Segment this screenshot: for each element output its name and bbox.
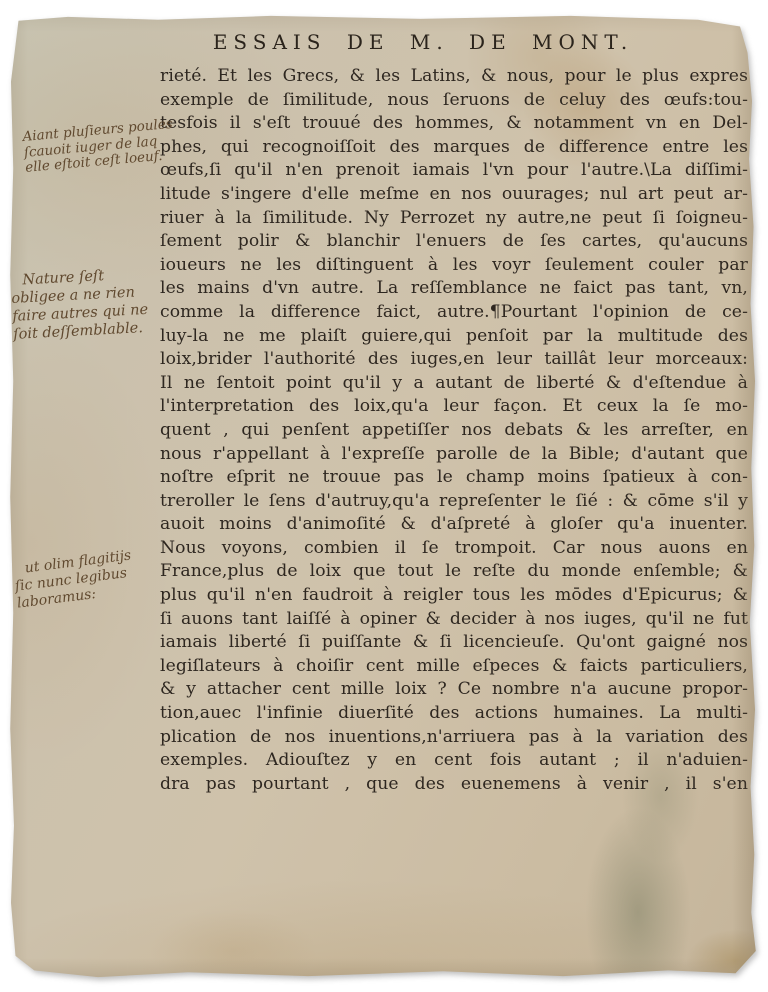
printed-text-line: les mains d'vn autre. La reſſemblance ne… [160,278,748,302]
printed-text-line: ſement polir & blanchir l'enuers de ſes … [160,231,748,255]
photo-background: ESSAIS DE M. DE MONT. rieté. Et les Grec… [0,0,768,992]
printed-text-line: exemples. Adiouſtez y en cent fois autan… [160,750,748,774]
printed-text-line: Il ne ſentoit point qu'il y a autant de … [160,373,748,397]
printed-text-line: tesfois il s'eſt trouué des hommes, & no… [160,113,748,137]
marginalia-note-nature: Nature ſeſtobligee a ne rienfaire autres… [10,264,174,344]
printed-text-line: legiſlateurs à choiſir cent mille eſpece… [160,656,748,680]
printed-text-block: rieté. Et les Grecs, & les Latins, & nou… [160,66,748,797]
printed-text-line: riuer à la ſimilitude. Ny Perrozet ny au… [160,208,748,232]
printed-text-line: ioueurs ne les diſtinguent à les voyr ſe… [160,255,748,279]
book-page: ESSAIS DE M. DE MONT. rieté. Et les Grec… [8,14,758,980]
printed-text-line: Nous voyons, combien il ſe trompoit. Car… [160,538,748,562]
printed-text-line: œufs,ſi qu'il n'en prenoit iamais l'vn p… [160,160,748,184]
printed-text-line: l'interpretation des loix,qu'a leur faço… [160,396,748,420]
printed-text-line: comme la difference faict, autre.¶Pourta… [160,302,748,326]
printed-text-line: loix,brider l'authorité des iuges,en leu… [160,349,748,373]
printed-text-line: plication de nos inuentions,n'arriuera p… [160,727,748,751]
printed-text-line: plus qu'il n'en faudroit à reigler tous … [160,585,748,609]
printed-text-line: France,plus de loix que tout le reſte du… [160,561,748,585]
printed-text-line: dra pas pourtant , que des euenemens à v… [160,774,748,798]
running-header: ESSAIS DE M. DE MONT. [158,30,743,54]
printed-text-line: noſtre eſprit ne trouue pas le champ moi… [160,467,748,491]
printed-text-line: rieté. Et les Grecs, & les Latins, & nou… [160,66,748,90]
printed-text-line: iamais liberté ſi puiſſante & ſi licenci… [160,632,748,656]
printed-text-line: quent , qui penſent appetiſſer nos debat… [160,420,748,444]
printed-text-line: treroller le ſens d'autruy,qu'a repreſen… [160,491,748,515]
printed-text-line: litude s'ingere d'elle meſme en nos ouur… [160,184,748,208]
printed-text-line: phes, qui recognoiſſoit des marques de d… [160,137,748,161]
printed-text-line: exemple de ſimilitude, nous ſeruons de c… [160,90,748,114]
printed-text-line: luy-la ne me plaiſt guiere,qui penſoit p… [160,326,748,350]
printed-text-line: & y attacher cent mille loix ? Ce nombre… [160,679,748,703]
printed-text-line: tion,auec l'infinie diuerſité des action… [160,703,748,727]
printed-text-line: auoit moins d'animoſité & d'aſpreté à gl… [160,514,748,538]
printed-text-line: nous r'appellant à l'expreſſe parolle de… [160,444,748,468]
printed-text-line: ſi auons tant laiſſé à opiner & decider … [160,609,748,633]
